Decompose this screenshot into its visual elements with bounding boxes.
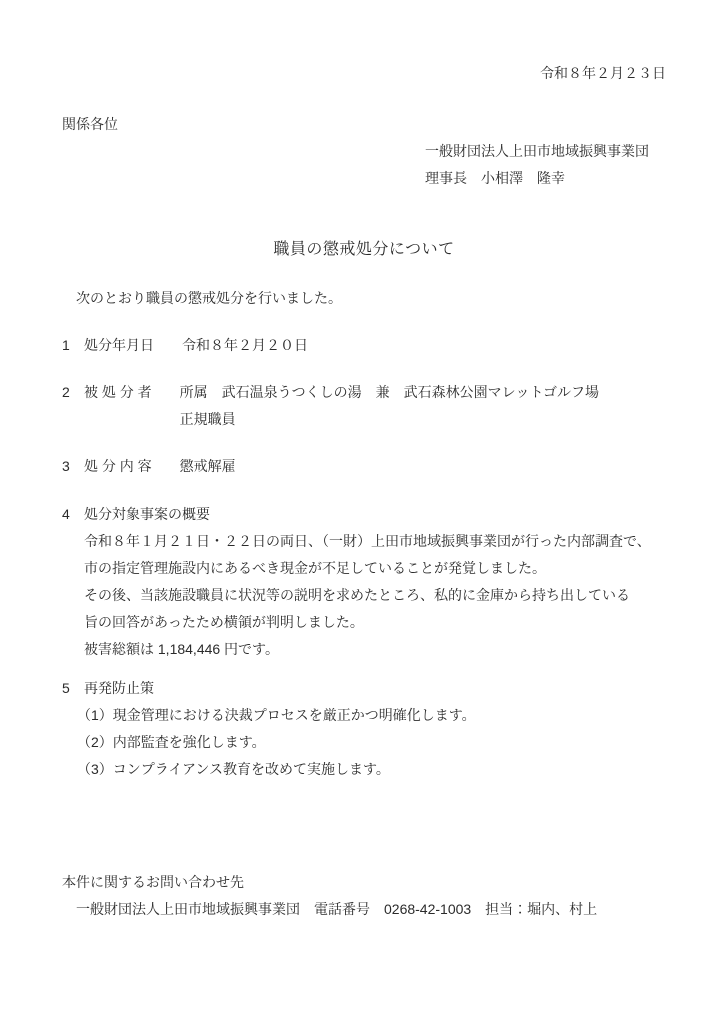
item-label: 処 分 内 容 — [84, 453, 152, 480]
item-disciplined-person: 2 被 処 分 者 所属 武石温泉うつくしの湯 兼 武石森林公園マレットゴルフ場… — [62, 379, 666, 433]
contact-heading: 本件に関するお問い合わせ先 — [62, 869, 666, 896]
item-number: 5 — [62, 675, 84, 702]
intro-paragraph: 次のとおり職員の懲戒処分を行いました。 — [62, 285, 666, 312]
contact-line: 一般財団法人上田市地域振興事業団 電話番号 0268-42-1003 担当：堀内… — [62, 896, 666, 923]
sender-signer: 理事長 小相澤 隆幸 — [425, 165, 666, 192]
item-value: 令和８年２月２０日 — [182, 332, 666, 359]
document-date: 令和８年２月２３日 — [62, 60, 666, 87]
item-label: 被 処 分 者 — [84, 379, 152, 406]
addressee: 関係各位 — [62, 111, 666, 138]
item-content: 処分対象事案の概要 令和８年１月２１日・２２日の両日、（一財）上田市地域振興事業… — [84, 501, 666, 663]
item-prevention-measures: 5 再発防止策 （1）現金管理における決裁プロセスを厳正かつ明確化します。 （2… — [62, 675, 666, 783]
item-number: 1 — [62, 332, 84, 359]
item-value: 所属 武石温泉うつくしの湯 兼 武石森林公園マレットゴルフ場 正規職員 — [180, 379, 666, 433]
item-disposition-content: 3 処 分 内 容 懲戒解雇 — [62, 453, 666, 480]
prevention-measure-2: （2）内部監査を強化します。 — [77, 729, 666, 756]
item-number: 4 — [62, 501, 84, 528]
item-disposition-date: 1 処分年月日 令和８年２月２０日 — [62, 332, 666, 359]
item-label: 処分年月日 — [84, 332, 154, 359]
item-number: 3 — [62, 453, 84, 480]
item-content: 再発防止策 （1）現金管理における決裁プロセスを厳正かつ明確化します。 （2）内… — [84, 675, 666, 783]
prevention-measure-1: （1）現金管理における決裁プロセスを厳正かつ明確化します。 — [77, 702, 666, 729]
prevention-measure-3: （3）コンプライアンス教育を改めて実施します。 — [77, 756, 666, 783]
document-title: 職員の懲戒処分について — [62, 236, 666, 263]
sender-organization: 一般財団法人上田市地域振興事業団 — [425, 138, 666, 165]
item-heading: 処分対象事案の概要 — [84, 501, 666, 528]
contact-block: 本件に関するお問い合わせ先 一般財団法人上田市地域振興事業団 電話番号 0268… — [62, 869, 666, 923]
sender-block: 一般財団法人上田市地域振興事業団 理事長 小相澤 隆幸 — [425, 138, 666, 192]
item-heading: 再発防止策 — [84, 675, 666, 702]
item-case-summary: 4 処分対象事案の概要 令和８年１月２１日・２２日の両日、（一財）上田市地域振興… — [62, 501, 666, 663]
document-page: 令和８年２月２３日 関係各位 一般財団法人上田市地域振興事業団 理事長 小相澤 … — [0, 0, 724, 1024]
item-number: 2 — [62, 379, 84, 406]
item-body: 令和８年１月２１日・２２日の両日、（一財）上田市地域振興事業団が行った内部調査で… — [84, 528, 666, 663]
item-value: 懲戒解雇 — [180, 453, 666, 480]
